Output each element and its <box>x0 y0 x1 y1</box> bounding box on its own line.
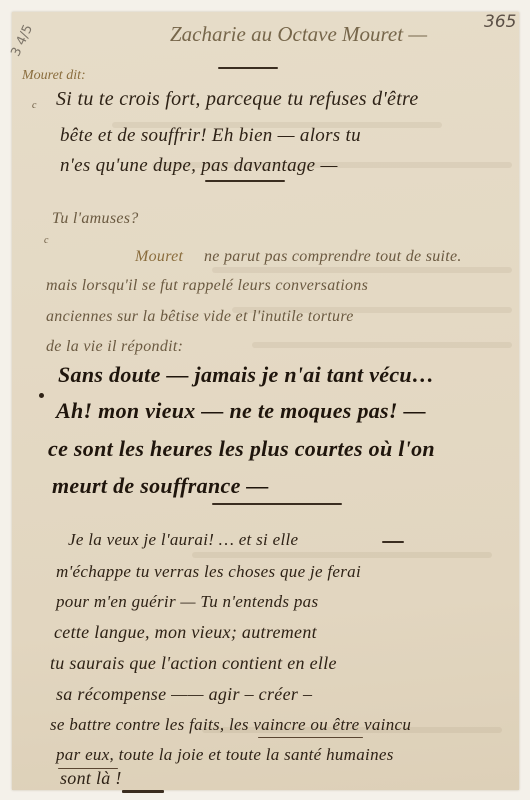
margin-dot <box>39 393 44 398</box>
underline-si <box>382 541 404 543</box>
bleed-through <box>212 267 512 273</box>
margin-mark: c <box>44 235 48 246</box>
text-line: Ah! mon vieux — ne te moques pas! — <box>56 398 426 424</box>
text-line: anciennes sur la bêtise vide et l'inutil… <box>46 308 354 326</box>
text-line: n'es qu'une dupe, pas davantage — <box>60 155 338 177</box>
text-line: mais lorsqu'il se fut rappelé leurs conv… <box>46 277 368 295</box>
section-rule <box>212 503 342 505</box>
page-title: Zacharie au Octave Mouret — <box>170 22 427 47</box>
text-line: cette langue, mon vieux; autrement <box>54 622 317 643</box>
text-line: Si tu te crois fort, parceque tu refuses… <box>56 88 419 111</box>
text-line: pour m'en guérir — Tu n'entends pas <box>56 592 318 612</box>
section-rule <box>205 180 285 182</box>
text-line: tu saurais que l'action contient en elle <box>50 653 337 674</box>
text-line: meurt de souffrance — <box>52 473 269 499</box>
text-line: Tu l'amuses? <box>52 210 139 228</box>
text-line: m'échappe tu verras les choses que je fe… <box>56 562 361 582</box>
bleed-through <box>252 342 512 348</box>
text-line: Sans doute — jamais je n'ai tant vécu… <box>58 362 434 388</box>
text-line: sa récompense —— agir – créer – <box>56 684 312 705</box>
text-line: de la vie il répondit: <box>46 338 183 356</box>
text-line: bête et de souffrir! Eh bien — alors tu <box>60 125 361 147</box>
underline-la <box>122 790 164 793</box>
text-line: se battre contre les faits, les vaincre … <box>50 715 411 735</box>
speaker-name-inline: Mouret <box>135 248 183 266</box>
text-line: sont là ! <box>60 768 122 789</box>
text-line: ce sont les heures les plus courtes où l… <box>48 436 435 462</box>
text-line: par eux, toute la joie et toute la santé… <box>56 745 394 765</box>
underline-les-vaincre-ou <box>258 737 363 738</box>
text-line: Je la veux je l'aurai! … et si elle <box>68 530 298 550</box>
title-rule <box>218 67 278 69</box>
text-line: ne parut pas comprendre tout de suite. <box>204 248 462 266</box>
margin-mark: c <box>32 100 36 111</box>
bleed-through <box>192 552 492 558</box>
page-number: 365 <box>484 12 516 32</box>
marginal-speaker-note: Mouret dit: <box>22 68 86 84</box>
